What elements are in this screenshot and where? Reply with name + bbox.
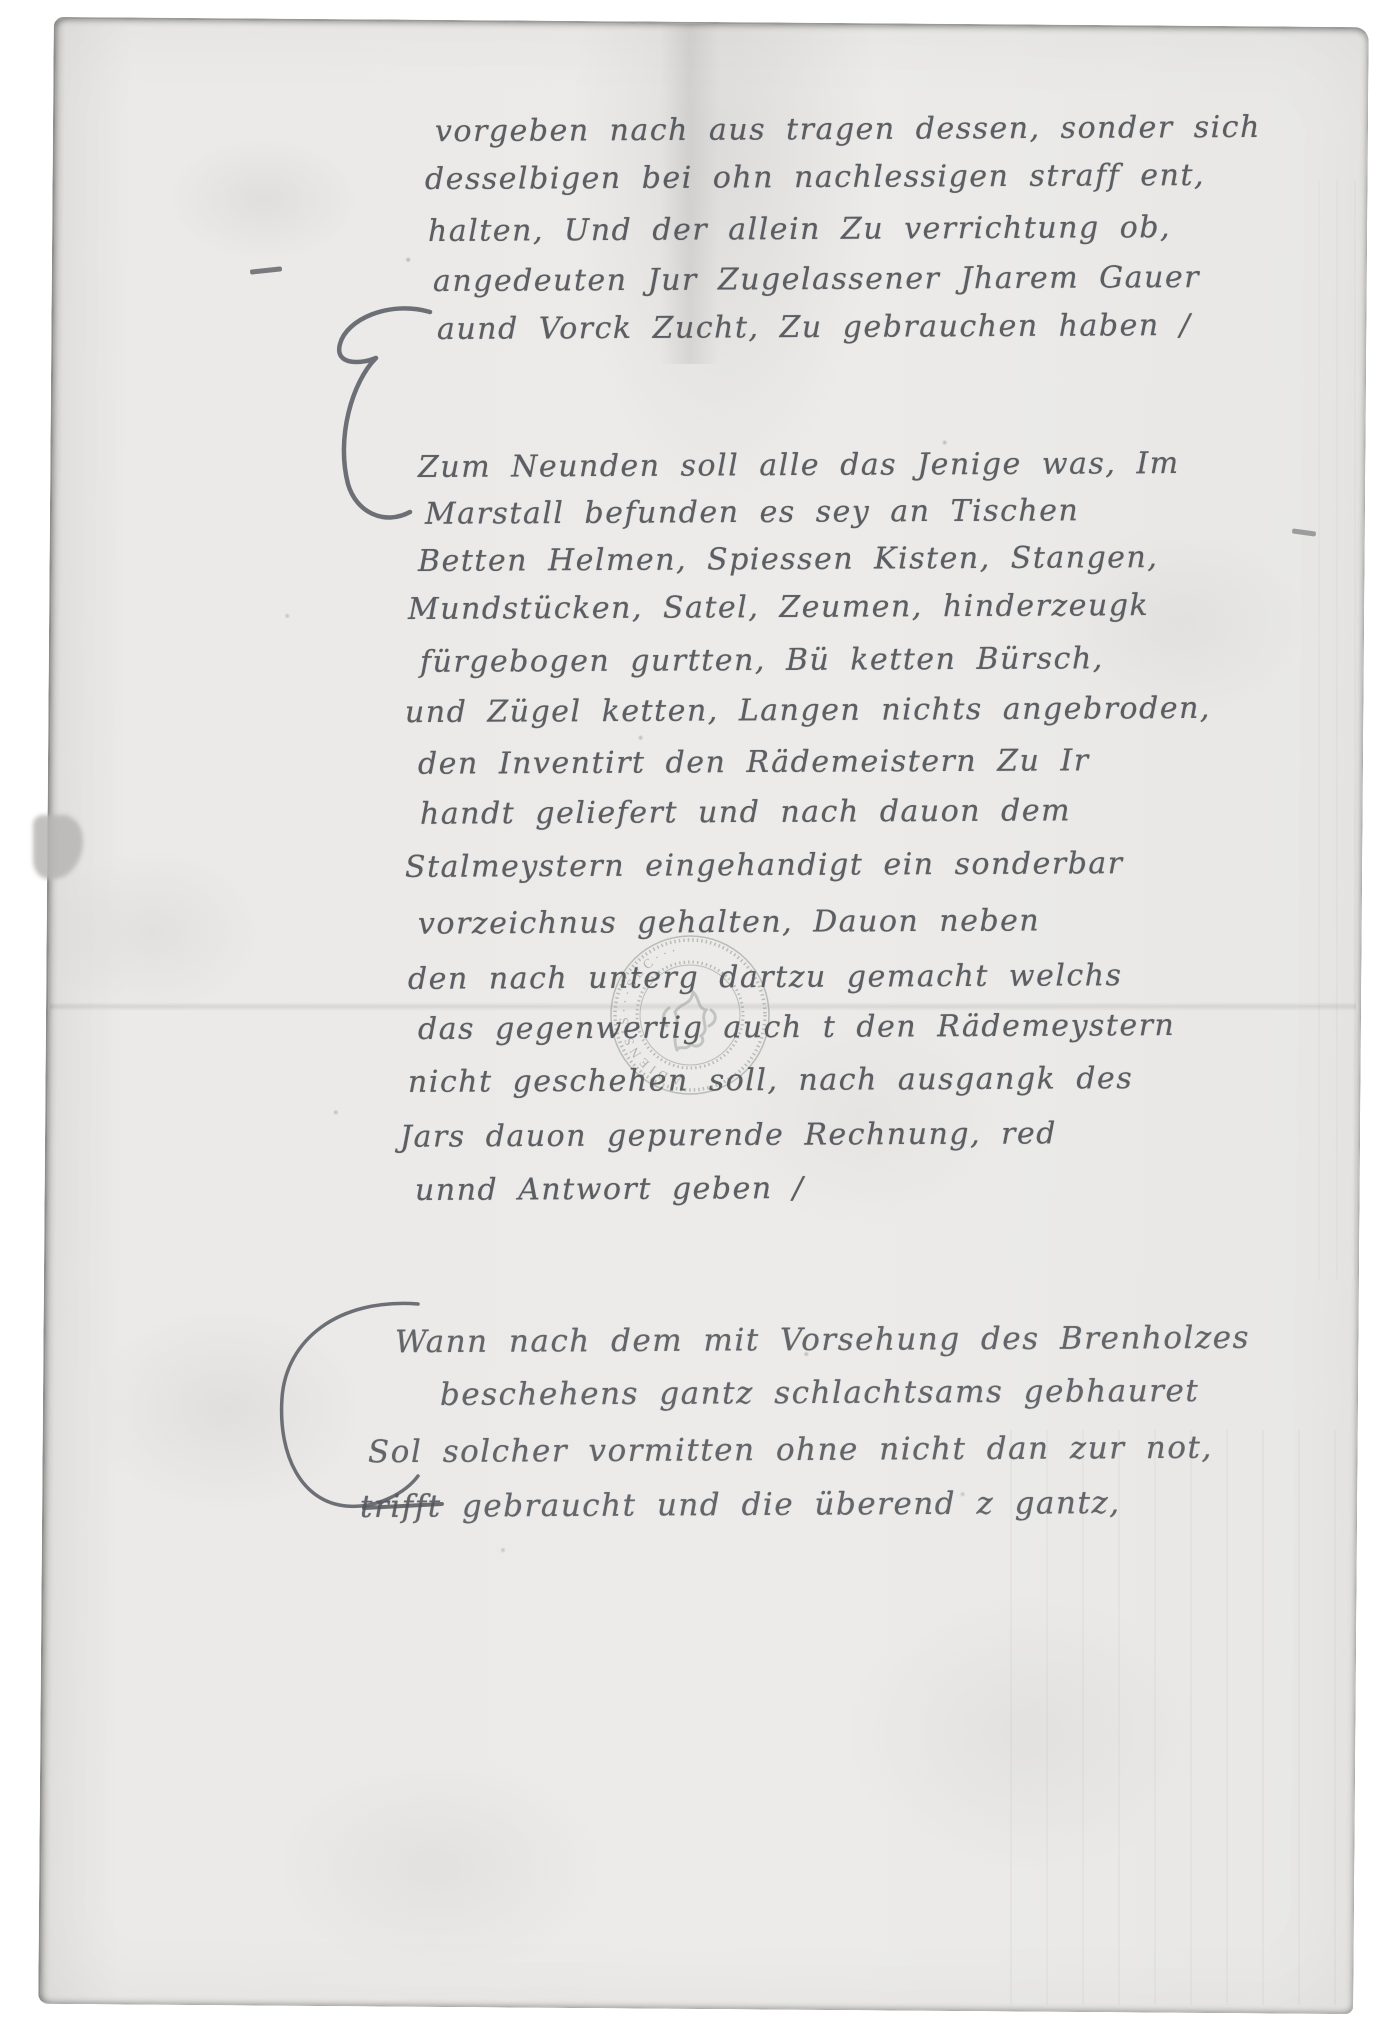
handwritten-line: Mundstücken, Satel, Zeumen, hinderzeugk [408,588,1149,627]
handwritten-line: beschehens gantz schlachtsams gebhauret [440,1373,1199,1413]
manuscript-photo: ADIENSIS···SEC··· vorgeben nach aus trag… [0,0,1380,2028]
handwritten-line: Jars dauon gepurende Rechnung, red [400,1116,1057,1154]
handwritten-line: nicht geschehen soll, nach ausgangk des [408,1061,1133,1100]
handwritten-line: das gegenwertig auch t den Rädemeystern [418,1008,1176,1047]
handwritten-line: Betten Helmen, Spiessen Kisten, Stangen, [418,540,1159,579]
handwritten-line: trifft gebraucht und die überend z gantz… [360,1485,1121,1525]
handwritten-line: und Zügel ketten, Langen nichts angebrod… [405,691,1211,730]
handwritten-line: den nach unterg dartzu gemacht welchs [408,958,1123,997]
handwritten-line: Wann nach dem mit Vorsehung des Brenholz… [395,1320,1250,1360]
handwritten-line: handt geliefert und nach dauon dem [420,793,1071,831]
handwritten-line: Stalmeystern eingehandigt ein sonderbar [405,846,1124,885]
handwritten-line: angedeuten Jur Zugelassener Jharem Gauer [433,260,1200,299]
handwritten-line: aund Vorck Zucht, Zu gebrauchen haben / [437,308,1191,347]
handwritten-line: vorgeben nach aus tragen dessen, sonder … [435,110,1261,149]
handwritten-line: Sol solcher vormitten ohne nicht dan zur… [368,1430,1213,1470]
handwritten-line: unnd Antwort geben / [415,1171,804,1208]
handwritten-line: Marstall befunden es sey an Tischen [425,493,1079,531]
handwritten-line: fürgebogen gurtten, Bü ketten Bürsch, [420,641,1104,680]
handwritten-line: vorzeichnus gehalten, Dauon neben [418,903,1040,941]
handwritten-line: halten, Und der allein Zu verrichtung ob… [428,210,1171,249]
handwritten-line: desselbigen bei ohn nachlessigen straff … [425,158,1205,197]
handwritten-line: Zum Neunden soll alle das Jenige was, Im [418,446,1180,485]
handwritten-line: den Inventirt den Rädemeistern Zu Ir [418,743,1090,782]
paper-streaks-right-edge [1318,180,1360,1280]
